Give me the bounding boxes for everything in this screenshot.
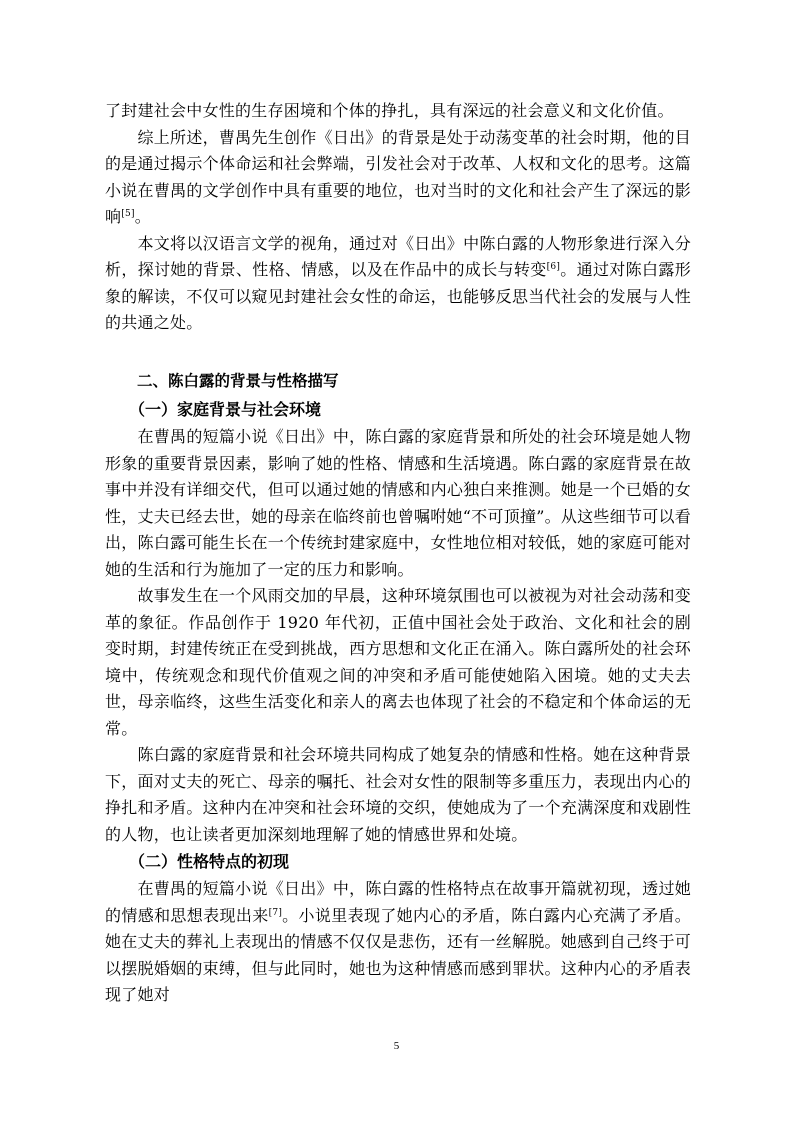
paragraph-tail: 。 — [135, 207, 151, 226]
document-page: 了封建社会中女性的生存困境和个体的挣扎，具有深远的社会意义和文化价值。 综上所述… — [105, 98, 691, 1009]
page-number: 5 — [0, 1040, 793, 1052]
paragraph-text: 陈白露的家庭背景和社会环境共同构成了她复杂的情感和性格。她在这种背景下，面对丈夫… — [105, 745, 691, 844]
citation-5: [5] — [121, 209, 135, 219]
blank-line — [105, 337, 691, 364]
paragraph-combined-influence: 陈白露的家庭背景和社会环境共同构成了她复杂的情感和性格。她在这种背景下，面对丈夫… — [105, 742, 691, 848]
citation-7: [7] — [269, 908, 283, 918]
subsection-heading-2: （二）性格特点的初现 — [105, 848, 691, 876]
citation-6: [6] — [547, 262, 561, 272]
paragraph-continuation: 了封建社会中女性的生存困境和个体的挣扎，具有深远的社会意义和文化价值。 — [105, 98, 691, 125]
paragraph-text: 综上所述，曹禺先生创作《日出》的背景是处于动荡变革的社会时期，他的目的是通过揭示… — [105, 128, 691, 227]
paragraph-summary: 综上所述，曹禺先生创作《日出》的背景是处于动荡变革的社会时期，他的目的是通过揭示… — [105, 125, 691, 231]
paragraph-purpose: 本文将以汉语言文学的视角，通过对《日出》中陈白露的人物形象进行深入分析，探讨她的… — [105, 231, 691, 337]
paragraph-text: 故事发生在一个风雨交加的早晨，这种环境氛围也可以被视为对社会动荡和变革的象征。作… — [105, 586, 691, 738]
subsection-heading-1: （一）家庭背景与社会环境 — [105, 396, 691, 424]
paragraph-text: 了封建社会中女性的生存困境和个体的挣扎，具有深远的社会意义和文化价值。 — [105, 101, 674, 120]
paragraph-text: 在曹禺的短篇小说《日出》中，陈白露的家庭背景和所处的社会环境是她人物形象的重要背… — [105, 427, 691, 579]
paragraph-personality: 在曹禺的短篇小说《日出》中，陈白露的性格特点在故事开篇就初现，透过她的情感和思想… — [105, 876, 691, 1009]
paragraph-family-background: 在曹禺的短篇小说《日出》中，陈白露的家庭背景和所处的社会环境是她人物形象的重要背… — [105, 424, 691, 583]
paragraph-social-environment: 故事发生在一个风雨交加的早晨，这种环境氛围也可以被视为对社会动荡和变革的象征。作… — [105, 583, 691, 742]
section-heading: 二、陈白露的背景与性格描写 — [105, 366, 691, 396]
